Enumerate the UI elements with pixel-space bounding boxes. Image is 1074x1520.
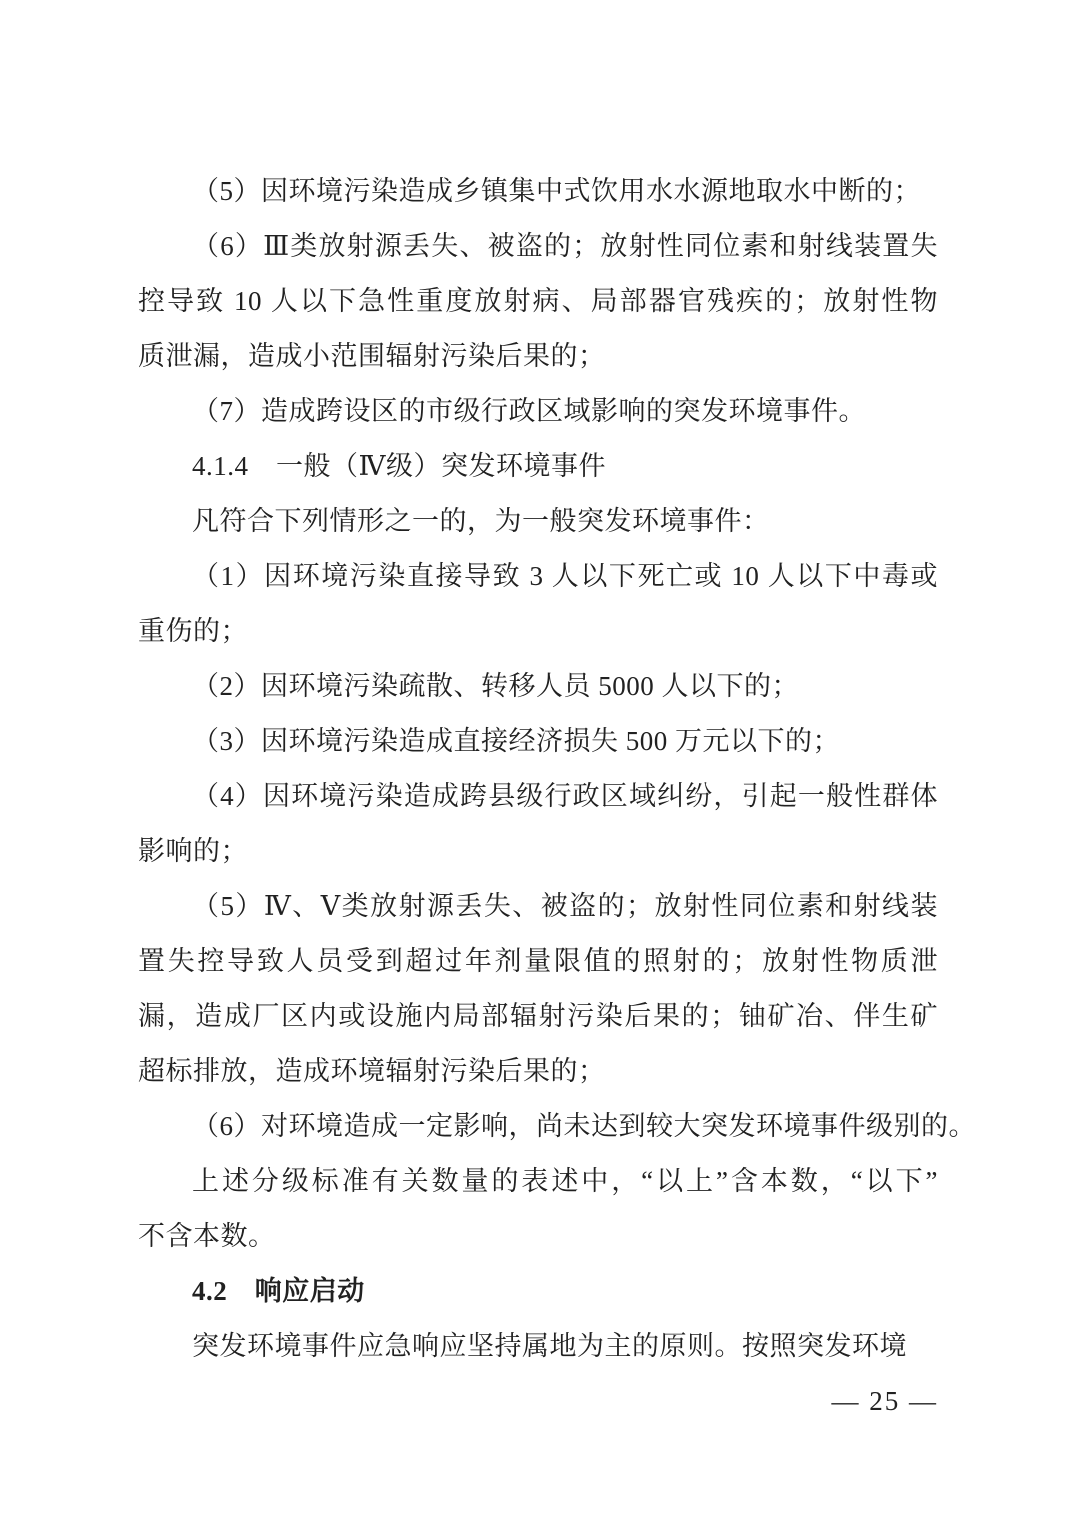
text-line: 漏，造成厂区内或设施内局部辐射污染后果的；铀矿冶、伴生矿 (138, 989, 938, 1044)
text-line: （6）对环境造成一定影响，尚未达到较大突发环境事件级别的。 (138, 1099, 938, 1154)
text-line: （2）因环境污染疏散、转移人员 5000 人以下的； (138, 659, 938, 714)
text-line: （5）Ⅳ、Ⅴ类放射源丢失、被盗的；放射性同位素和射线装 (138, 879, 938, 934)
text-line: 质泄漏，造成小范围辐射污染后果的； (138, 329, 938, 384)
page-number: — 25 — (138, 1374, 938, 1429)
document-body: （5）因环境污染造成乡镇集中式饮用水水源地取水中断的；（6）Ⅲ类放射源丢失、被盗… (138, 164, 938, 1374)
text-line: 突发环境事件应急响应坚持属地为主的原则。按照突发环境 (138, 1319, 938, 1374)
section-heading: 4.1.4 一般（Ⅳ级）突发环境事件 (138, 439, 938, 494)
text-line: 控导致 10 人以下急性重度放射病、局部器官残疾的；放射性物 (138, 274, 938, 329)
text-line: 重伤的； (138, 604, 938, 659)
text-line: 上述分级标准有关数量的表述中，“以上”含本数，“以下” (138, 1154, 938, 1209)
text-line: 置失控导致人员受到超过年剂量限值的照射的；放射性物质泄 (138, 934, 938, 989)
text-line: （6）Ⅲ类放射源丢失、被盗的；放射性同位素和射线装置失 (138, 219, 938, 274)
text-line: （5）因环境污染造成乡镇集中式饮用水水源地取水中断的； (138, 164, 938, 219)
document-page: （5）因环境污染造成乡镇集中式饮用水水源地取水中断的；（6）Ⅲ类放射源丢失、被盗… (0, 0, 1074, 1520)
text-line: （7）造成跨设区的市级行政区域影响的突发环境事件。 (138, 384, 938, 439)
text-line: （1）因环境污染直接导致 3 人以下死亡或 10 人以下中毒或 (138, 549, 938, 604)
section-heading: 4.2 响应启动 (138, 1264, 938, 1319)
text-line: 影响的； (138, 824, 938, 879)
text-line: （4）因环境污染造成跨县级行政区域纠纷，引起一般性群体 (138, 769, 938, 824)
text-line: 不含本数。 (138, 1209, 938, 1264)
text-line: 凡符合下列情形之一的，为一般突发环境事件： (138, 494, 938, 549)
text-line: （3）因环境污染造成直接经济损失 500 万元以下的； (138, 714, 938, 769)
text-line: 超标排放，造成环境辐射污染后果的； (138, 1044, 938, 1099)
